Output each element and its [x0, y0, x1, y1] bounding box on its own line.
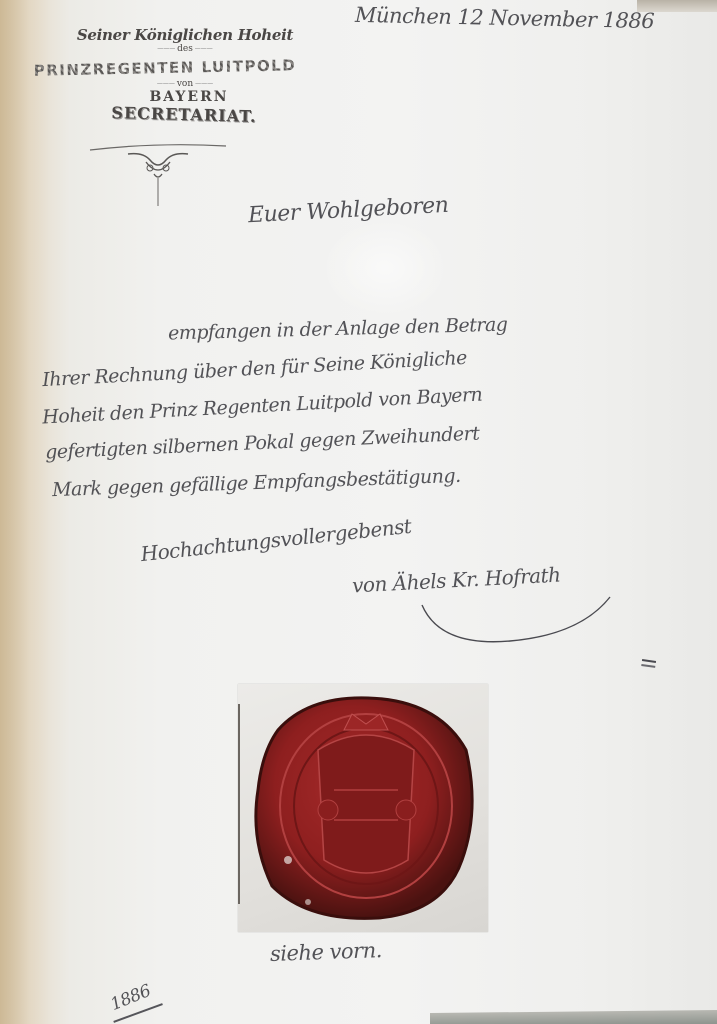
letter-salutation: Euer Wohlgeboren	[247, 193, 449, 228]
ornament-icon	[88, 140, 228, 212]
wax-seal-icon	[248, 690, 480, 926]
letter-date: München 12 November 1886	[355, 3, 655, 33]
letter-body-line: Hoheit den Prinz Regenten Luitpold von B…	[42, 383, 483, 428]
letter-body-line: gefertigten silbernen Pokal gegen Zweihu…	[45, 423, 480, 464]
letter-signature: von Ähels Kr. Hofrath	[352, 563, 562, 598]
page-bottom-edge	[430, 1010, 717, 1024]
letterhead: Seiner Königlichen Hoheit des PRINZREGEN…	[0, 8, 340, 124]
letterhead-title: Seiner Königlichen Hoheit	[30, 26, 340, 44]
signature-flourish-icon	[410, 595, 620, 650]
letterhead-des: des	[30, 44, 340, 54]
note-below-seal: siehe vorn.	[270, 938, 383, 966]
letter-body-line: Mark gegen gefällige Empfangsbestätigung…	[52, 465, 461, 501]
letter-closing: Hochachtungsvollergebenst	[139, 514, 412, 566]
margin-mark	[642, 659, 656, 663]
letter-body-line: empfangen in der Anlage den Betrag	[168, 314, 508, 345]
letter-body-line: Ihrer Rechnung über den für Seine Königl…	[42, 347, 468, 391]
document-page: Seiner Königlichen Hoheit des PRINZREGEN…	[0, 0, 717, 1024]
